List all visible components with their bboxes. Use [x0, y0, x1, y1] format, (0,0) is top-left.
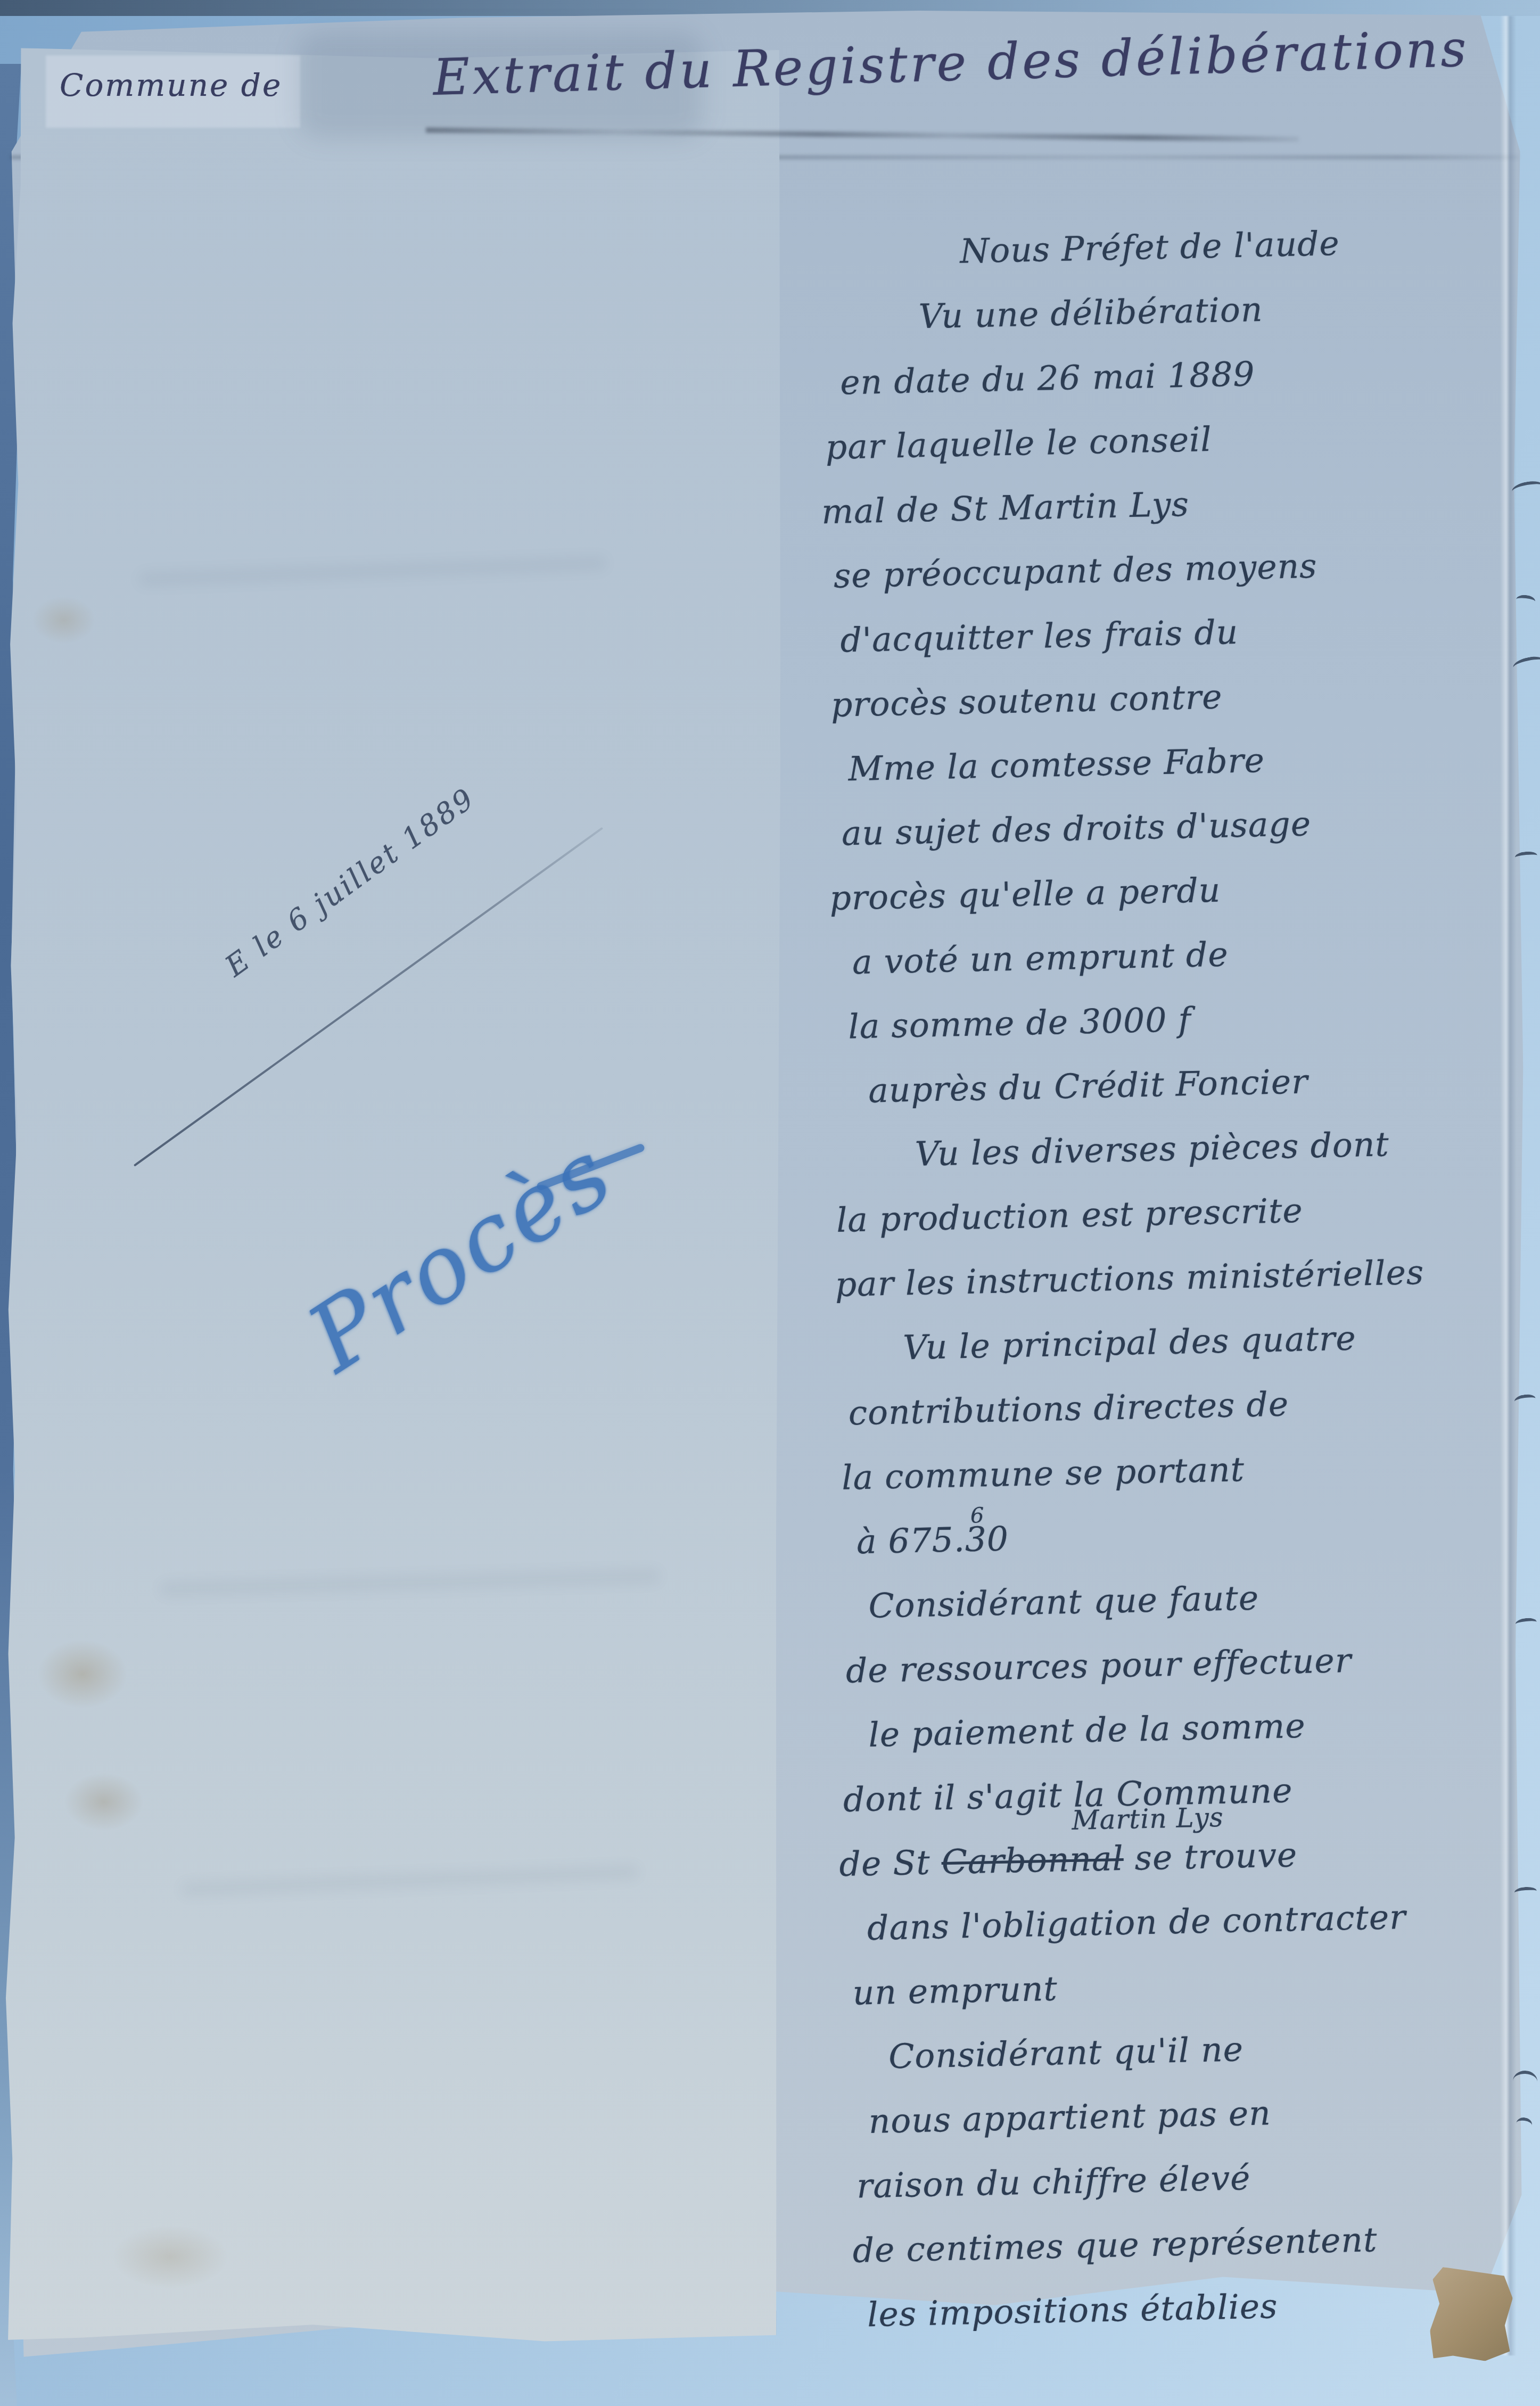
commune-form-label: Commune de — [60, 67, 282, 103]
photographed-document: Commune de Extrait du Registre des délib… — [0, 0, 1540, 2406]
inserted-correction: Martin Lys — [1072, 1804, 1224, 1834]
deliberation-lines: Nous Préfet de l'audeVu une délibération… — [800, 207, 1540, 2356]
blank-cover-page — [3, 48, 782, 2344]
manuscript-line: Vu les diverses pièces dont — [914, 1109, 1540, 1186]
superscript-annotation: 6 — [970, 1505, 985, 1527]
manuscript-line: Nous Préfet de l'aude — [959, 207, 1535, 284]
torn-paper-fragment — [1429, 2267, 1514, 2362]
manuscript-line: Vu une délibération — [918, 271, 1536, 349]
